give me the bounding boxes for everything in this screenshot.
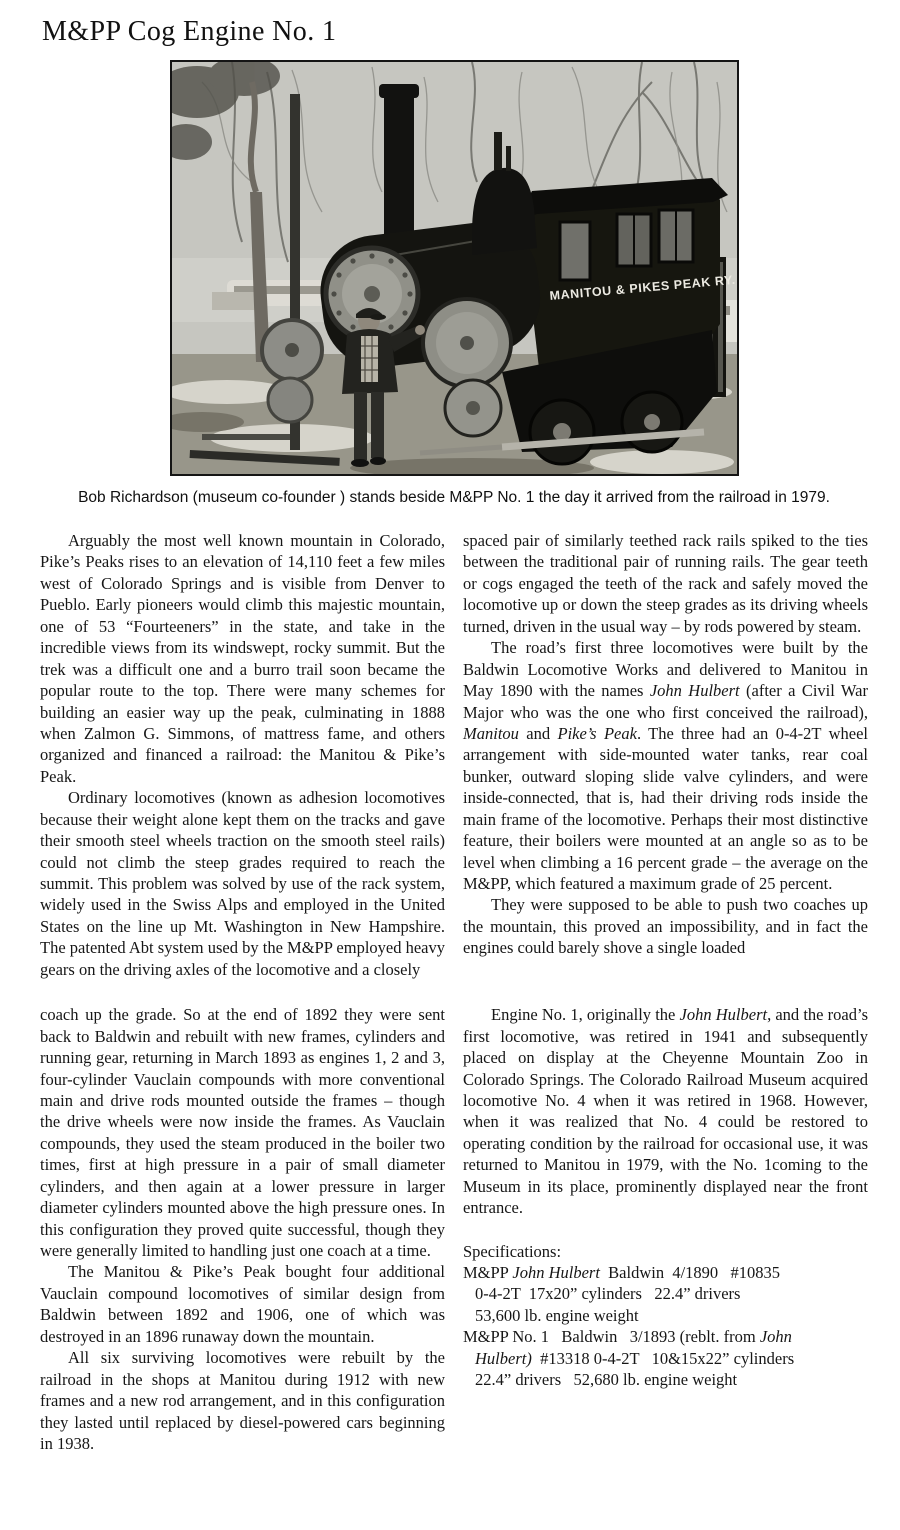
- article-bottom-section: coach up the grade. So at the end of 189…: [40, 1004, 868, 1454]
- specifications-block: Specifications: M&PP John Hulbert Baldwi…: [463, 1241, 868, 1391]
- spec-line: M&PP John Hulbert Baldwin 4/1890 #10835: [463, 1262, 868, 1283]
- paragraph-4: The road’s first three locomotives were …: [463, 637, 868, 894]
- spec-line: Hulbert) #13318 0-4-2T 10&15x22” cylinde…: [463, 1348, 868, 1369]
- specs-heading: Specifications:: [463, 1241, 868, 1262]
- paragraph-2: Ordinary locomotives (known as adhesion …: [40, 787, 445, 980]
- rail: [202, 434, 292, 440]
- plaid-shirt: [361, 336, 378, 382]
- document-page: M&PP Cog Engine No. 1: [0, 0, 900, 1530]
- spec-line: 53,600 lb. engine weight: [463, 1305, 868, 1326]
- paragraph-6: coach up the grade. So at the end of 189…: [40, 1004, 445, 1261]
- paragraph-7: The Manitou & Pike’s Peak bought four ad…: [40, 1261, 445, 1347]
- whistle: [494, 132, 502, 170]
- article-top-section: Arguably the most well known mountain in…: [40, 530, 868, 980]
- paragraph-3: spaced pair of similarly teethed rack ra…: [463, 530, 868, 637]
- page-title: M&PP Cog Engine No. 1: [42, 16, 868, 48]
- leg: [371, 392, 384, 458]
- column-left-top: Arguably the most well known mountain in…: [40, 530, 445, 980]
- paragraph-1: Arguably the most well known mountain in…: [40, 530, 445, 787]
- leg: [354, 392, 367, 460]
- paragraph-9: Engine No. 1, originally the John Hulber…: [463, 1004, 868, 1218]
- locomotive-photo-illustration: MANITOU & PIKES PEAK RY.: [172, 62, 737, 474]
- locomotive-photo: MANITOU & PIKES PEAK RY.: [170, 60, 739, 476]
- column-left-bottom: coach up the grade. So at the end of 189…: [40, 1004, 445, 1454]
- photo-caption: Bob Richardson (museum co-founder ) stan…: [40, 489, 868, 507]
- column-right-top: spaced pair of similarly teethed rack ra…: [463, 530, 868, 980]
- column-right-bottom: Engine No. 1, originally the John Hulber…: [463, 1004, 868, 1454]
- smokestack-cap: [379, 84, 419, 98]
- paragraph-8: All six surviving locomotives were rebui…: [40, 1347, 445, 1454]
- whistle-pipe: [506, 146, 511, 171]
- spec-line: 22.4” drivers 52,680 lb. engine weight: [463, 1369, 868, 1390]
- paragraph-5: They were supposed to be able to push tw…: [463, 894, 868, 958]
- spec-line: 0-4-2T 17x20” cylinders 22.4” drivers: [463, 1283, 868, 1304]
- spec-line: M&PP No. 1 Baldwin 3/1893 (reblt. from J…: [463, 1326, 868, 1347]
